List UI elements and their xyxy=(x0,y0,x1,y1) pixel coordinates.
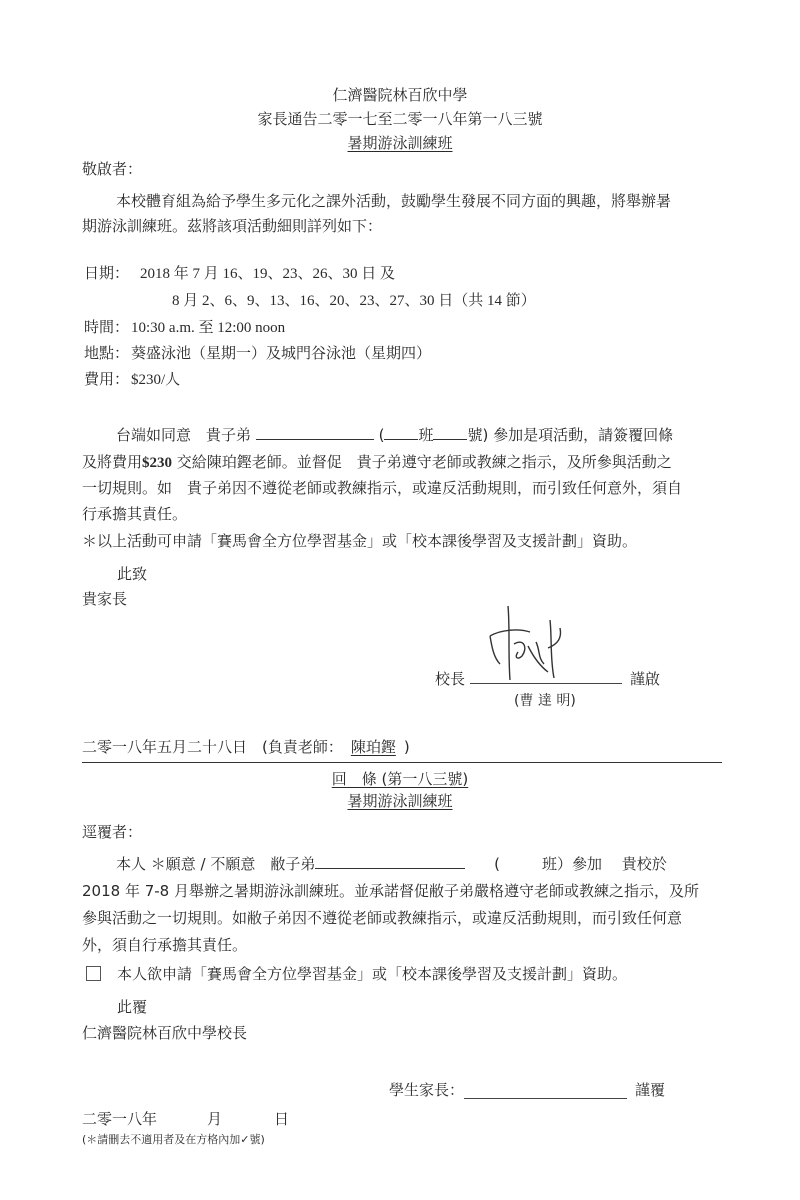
class-blank[interactable] xyxy=(384,425,418,440)
date-line-2: 8 月 2、6、9、13、16、20、23、27、30 日（共 14 節） xyxy=(172,289,536,310)
time-label: 時間： xyxy=(84,316,129,337)
reply-line-3: 參與活動之一切規則。如敝子弟因不遵從老師或教練指示，或違反活動規則，而引致任何意 xyxy=(82,907,682,928)
parent-label: 學生家長： xyxy=(389,1079,464,1100)
parent-sign-off: 謹覆 xyxy=(635,1079,665,1100)
closing-2: 貴家長 xyxy=(82,588,127,609)
reply-consent-choice[interactable]: 本人 ＊願意 / 不願意 敝子弟 xyxy=(116,855,315,873)
consent-class-label: 班 xyxy=(418,426,433,444)
closing-1: 此致 xyxy=(117,563,147,584)
notice-title: 暑期游泳訓練班 xyxy=(0,132,800,153)
consent-line-4: 行承擔其責任。 xyxy=(82,503,187,524)
teacher-in-charge: (負責老師：陳珀鏗) xyxy=(262,736,410,757)
consent-fee-amount: $230 xyxy=(142,455,172,471)
reply-subtitle-text: 暑期游泳訓練班 xyxy=(347,792,452,810)
notice-number: 家長通告二零一七至二零一八年第一八三號 xyxy=(0,108,800,129)
principal-signature-icon xyxy=(478,598,588,688)
notice-title-text: 暑期游泳訓練班 xyxy=(347,134,452,152)
consent-number-label: 號) 參加是項活動，請簽覆回條 xyxy=(467,426,673,444)
fee-label: 費用： xyxy=(84,368,129,389)
date-line-1: 2018 年 7 月 16、19、23、26、30 日 及 xyxy=(140,262,395,283)
consent-line-2: 及將費用$230 交給陳珀鏗老師。並督促 貴子弟遵守老師或教練之指示，及所參與活… xyxy=(82,451,672,472)
date-label: 日期： xyxy=(84,262,129,283)
reply-closing-2: 仁濟醫院林百欣中學校長 xyxy=(82,1022,247,1043)
cut-line-divider xyxy=(82,762,722,763)
intro-line-2: 期游泳訓練班。茲將該項活動細則詳列如下： xyxy=(82,215,382,236)
parent-signature-line[interactable] xyxy=(464,1098,627,1099)
reply-date-year: 二零一八年 xyxy=(82,1110,157,1128)
reply-date-day: 日 xyxy=(274,1110,289,1128)
principal-sign-off: 謹啟 xyxy=(630,668,660,689)
venue-label: 地點： xyxy=(84,342,129,363)
number-blank[interactable] xyxy=(433,425,467,440)
subsidy-checkbox[interactable] xyxy=(86,966,101,981)
subsidy-checkbox-label: 本人欲申請「賽馬會全方位學習基金」或「校本課後學習及支援計劃」資助。 xyxy=(117,963,627,984)
reply-date: 二零一八年月日 xyxy=(82,1108,289,1129)
salutation: 敬啟者： xyxy=(82,158,142,179)
consent-fee-suffix: 交給陳珀鏗老師。並督促 貴子弟遵守老師或教練之指示，及所參與活動之 xyxy=(172,453,672,471)
teacher-prefix: (負責老師： xyxy=(262,738,343,756)
consent-text-a: 台端如同意 貴子弟 xyxy=(116,426,251,444)
consent-line-1: 台端如同意 貴子弟 (班號) 參加是項活動，請簽覆回條 xyxy=(116,424,673,445)
teacher-suffix: ) xyxy=(404,738,410,756)
reply-footnote: (＊請刪去不適用者及在方格內加✓號) xyxy=(82,1131,265,1147)
reply-closing-1: 此覆 xyxy=(117,996,147,1017)
reply-title: 回 條 (第一八三號) xyxy=(0,768,800,789)
reply-line-4: 外，須自行承擔其責任。 xyxy=(82,934,247,955)
notice-date: 二零一八年五月二十八日 xyxy=(82,736,247,757)
intro-line-1: 本校體育組為給予學生多元化之課外活動，鼓勵學生發展不同方面的興趣，將舉辦暑 xyxy=(116,190,671,211)
consent-line-3: 一切規則。如 貴子弟因不遵從老師或教練指示，或違反活動規則，而引致任何意外，須自 xyxy=(82,477,682,498)
reply-date-month: 月 xyxy=(207,1110,222,1128)
fee-value: $230/人 xyxy=(131,368,180,389)
reply-salutation: 逕覆者： xyxy=(82,821,142,842)
teacher-name: 陳珀鏗 xyxy=(343,738,404,756)
reply-line-2: 2018 年 7-8 月舉辦之暑期游泳訓練班。並承諾督促敝子弟嚴格遵守老師或教練… xyxy=(82,880,699,901)
time-value: 10:30 a.m. 至 12:00 noon xyxy=(131,316,285,337)
consent-fee-prefix: 及將費用 xyxy=(82,453,142,471)
student-name-blank[interactable] xyxy=(256,425,374,440)
reply-line1-suffix: 班）參加 貴校於 xyxy=(542,855,667,873)
venue-value: 葵盛泳池（星期一）及城門谷泳池（星期四） xyxy=(131,342,431,363)
principal-name: (曹 達 明) xyxy=(514,690,576,710)
reply-student-name-blank[interactable] xyxy=(315,854,465,869)
principal-label: 校長 xyxy=(435,668,465,689)
principal-signature-line xyxy=(470,683,622,684)
school-name: 仁濟醫院林百欣中學 xyxy=(0,84,800,105)
reply-title-text: 回 條 (第一八三號) xyxy=(332,770,468,788)
reply-paren: ( xyxy=(494,855,500,873)
reply-subtitle: 暑期游泳訓練班 xyxy=(0,790,800,811)
subsidy-note: ＊以上活動可申請「賽馬會全方位學習基金」或「校本課後學習及支援計劃」資助。 xyxy=(82,530,637,551)
reply-line-1: 本人 ＊願意 / 不願意 敝子弟 (班）參加 貴校於 xyxy=(116,853,667,874)
